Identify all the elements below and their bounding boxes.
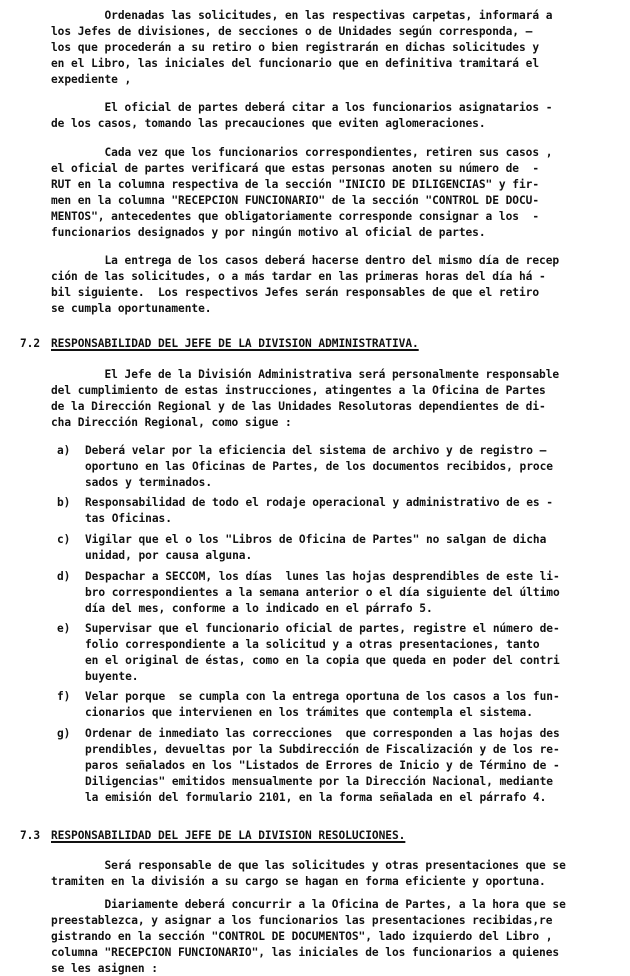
text-line: los que procederán a su retiro o bien re… [51, 41, 539, 54]
text-line: el oficial de partes verificará que esta… [51, 162, 539, 175]
text-line: tas Oficinas. [85, 512, 172, 525]
text-line: en el Libro, las iniciales del funcionar… [51, 57, 539, 70]
text-line: paros señalados en los "Listados de Erro… [85, 759, 560, 772]
text-line: Ordenar de inmediato las correcciones qu… [85, 727, 560, 740]
list-item-label: f) [57, 690, 70, 703]
text-line: oportuno en las Oficinas de Partes, de l… [85, 460, 553, 473]
text-line: men en la columna "RECEPCION FUNCIONARIO… [51, 194, 539, 207]
text-line: Deberá velar por la eficiencia del siste… [85, 444, 546, 457]
text-line: de los casos, tomando las precauciones q… [51, 117, 486, 130]
text-line: unidad, por causa alguna. [85, 549, 252, 562]
text-line: Diariamente deberá concurrir a la Oficin… [51, 898, 566, 911]
list-item-label: a) [57, 444, 70, 457]
text-line: La entrega de los casos deberá hacerse d… [51, 254, 559, 267]
text-line: gistrando en la sección "CONTROL DE DOCU… [51, 930, 552, 943]
text-line: MENTOS", antecedentes que obligatoriamen… [51, 210, 539, 223]
text-line: buyente. [85, 670, 138, 683]
text-line: prendibles, devueltas por la Subdirecció… [85, 743, 560, 756]
section-heading: RESPONSABILIDAD DEL JEFE DE LA DIVISION … [51, 337, 419, 350]
list-item-label: e) [57, 622, 70, 635]
text-line: Diligencias" emitidos mensualmente por l… [85, 775, 553, 788]
text-line: expediente , [51, 73, 131, 86]
list-item-label: c) [57, 533, 70, 546]
text-line: Velar porque se cumpla con la entrega op… [85, 690, 560, 703]
section-number: 7.3 [20, 829, 40, 842]
text-line: bil siguiente. Los respectivos Jefes ser… [51, 286, 539, 299]
text-line: de la Dirección Regional y de las Unidad… [51, 400, 546, 413]
text-line: la emisión del formulario 2101, en la fo… [85, 791, 546, 804]
text-line: El Jefe de la División Administrativa se… [51, 368, 559, 381]
text-line: RUT en la columna respectiva de la secci… [51, 178, 539, 191]
text-line: Ordenadas las solicitudes, en las respec… [51, 9, 552, 22]
section-number: 7.2 [20, 337, 40, 350]
text-line: Supervisar que el funcionario oficial de… [85, 622, 560, 635]
list-item-label: b) [57, 496, 70, 509]
text-line: sados y terminados. [85, 476, 212, 489]
text-line: día del mes, conforme a lo indicado en e… [85, 602, 433, 615]
text-line: El oficial de partes deberá citar a los … [51, 101, 552, 114]
text-line: columna "RECEPCION FUNCIONARIO", las ini… [51, 946, 559, 959]
text-line: cionarios que intervienen en los trámite… [85, 706, 533, 719]
section-heading: RESPONSABILIDAD DEL JEFE DE LA DIVISION … [51, 829, 405, 842]
text-line: bro correspondientes a la semana anterio… [85, 586, 560, 599]
list-item-label: g) [57, 727, 70, 740]
text-line: Despachar a SECCOM, los días lunes las h… [85, 570, 560, 583]
text-line: Será responsable de que las solicitudes … [51, 859, 566, 872]
text-line: cha Dirección Regional, como sigue : [51, 416, 292, 429]
text-line: preestablezca, y asignar a los funcionar… [51, 914, 552, 927]
text-line: funcionarios designados y por ningún mot… [51, 226, 486, 239]
text-line: los Jefes de divisiones, de secciones o … [51, 25, 532, 38]
text-line: se cumpla oportunamente. [51, 302, 211, 315]
text-line: tramiten en la división a su cargo se ha… [51, 875, 546, 888]
text-line: del cumplimiento de estas instrucciones,… [51, 384, 546, 397]
text-line: folio correspondiente a la solicitud y a… [85, 638, 540, 651]
list-item-label: d) [57, 570, 70, 583]
text-line: Responsabilidad de todo el rodaje operac… [85, 496, 553, 509]
text-line: Cada vez que los funcionarios correspond… [51, 146, 552, 159]
text-line: Vigilar que el o los "Libros de Oficina … [85, 533, 546, 546]
text-line: ción de las solicitudes, o a más tardar … [51, 270, 546, 283]
text-line: en el original de éstas, como en la copi… [85, 654, 560, 667]
text-line: se les asignen : [51, 962, 158, 975]
